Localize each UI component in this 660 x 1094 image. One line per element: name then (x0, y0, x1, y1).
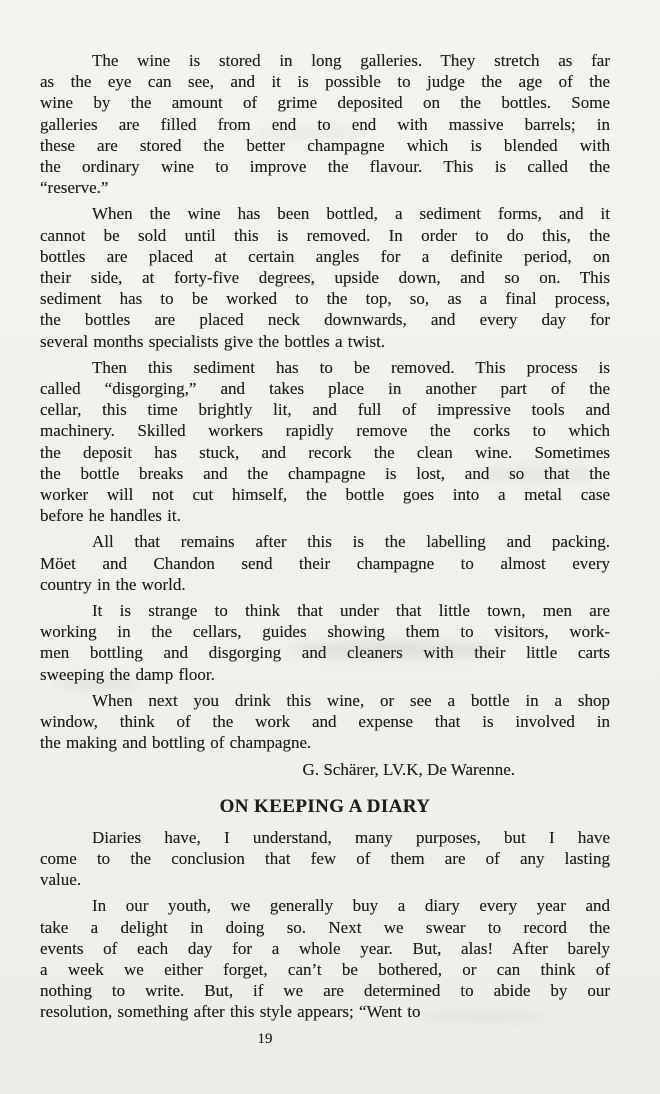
text-line: called “disgorging,” and takes place in … (40, 378, 610, 399)
text-line: machinery. Skilled workers rapidly remov… (40, 420, 610, 441)
text-line: cannot be sold until this is removed. In… (40, 225, 610, 246)
paragraph: Then this sediment has to be removed. Th… (40, 357, 610, 527)
text-line: sweeping the damp floor. (40, 664, 610, 685)
text-line: events of each day for a whole year. But… (40, 938, 610, 959)
text-line: several months specialists give the bott… (40, 331, 610, 352)
paragraph: When the wine has been bottled, a sedime… (40, 203, 610, 351)
text-line: Diaries have, I understand, many purpose… (40, 827, 610, 848)
text-line: All that remains after this is the label… (40, 531, 610, 552)
text-line: the deposit has stuck, and recork the cl… (40, 442, 610, 463)
text-line: When the wine has been bottled, a sedime… (40, 203, 610, 224)
text-block: The wine is stored in long galleries. Th… (40, 50, 610, 1028)
champagne-section: The wine is stored in long galleries. Th… (40, 50, 610, 754)
text-line: their side, at forty-five degrees, upsid… (40, 267, 610, 288)
text-line: In our youth, we generally buy a diary e… (40, 895, 610, 916)
paragraph: Diaries have, I understand, many purpose… (40, 827, 610, 891)
section-heading: ON KEEPING A DIARY (40, 796, 610, 818)
text-line: the ordinary wine to improve the flavour… (40, 156, 610, 177)
page-number: 19 (258, 1031, 273, 1047)
text-line: Möet and Chandon send their champagne to… (40, 553, 610, 574)
text-line: The wine is stored in long galleries. Th… (40, 50, 610, 71)
paragraph: When next you drink this wine, or see a … (40, 690, 610, 754)
text-line: It is strange to think that under that l… (40, 600, 610, 621)
text-line: men bottling and disgorging and cleaners… (40, 642, 610, 663)
text-line: sediment has to be worked to the top, so… (40, 288, 610, 309)
text-line: worker will not cut himself, the bottle … (40, 484, 610, 505)
text-line: take a delight in doing so. Next we swea… (40, 917, 610, 938)
paragraph: In our youth, we generally buy a diary e… (40, 895, 610, 1022)
page-footer: 19 (40, 1030, 490, 1048)
attribution-line: G. Schärer, LV.K, De Warenne. (40, 759, 610, 780)
text-line: nothing to write. But, if we are determi… (40, 980, 610, 1001)
text-line: working in the cellars, guides showing t… (40, 621, 610, 642)
text-line: wine by the amount of grime deposited on… (40, 92, 610, 113)
text-line: as the eye can see, and it is possible t… (40, 71, 610, 92)
text-line: the making and bottling of champagne. (40, 732, 610, 753)
text-line: before he handles it. (40, 505, 610, 526)
book-page: The wine is stored in long galleries. Th… (0, 0, 660, 1094)
text-line: “reserve.” (40, 177, 610, 198)
text-line: bottles are placed at certain angles for… (40, 246, 610, 267)
diary-section: Diaries have, I understand, many purpose… (40, 827, 610, 1023)
paragraph: All that remains after this is the label… (40, 531, 610, 595)
text-line: come to the conclusion that few of them … (40, 848, 610, 869)
text-line: country in the world. (40, 574, 610, 595)
text-line: window, think of the work and expense th… (40, 711, 610, 732)
text-line: value. (40, 869, 610, 890)
text-line: galleries are filled from end to end wit… (40, 114, 610, 135)
text-line: cellar, this time brightly lit, and full… (40, 399, 610, 420)
text-line: resolution, something after this style a… (40, 1001, 610, 1022)
paragraph: It is strange to think that under that l… (40, 600, 610, 685)
text-line: a week we either forget, can’t be bother… (40, 959, 610, 980)
text-line: the bottles are placed neck downwards, a… (40, 309, 610, 330)
text-line: these are stored the better champagne wh… (40, 135, 610, 156)
paragraph: The wine is stored in long galleries. Th… (40, 50, 610, 198)
text-line: Then this sediment has to be removed. Th… (40, 357, 610, 378)
text-line: When next you drink this wine, or see a … (40, 690, 610, 711)
text-line: the bottle breaks and the champagne is l… (40, 463, 610, 484)
